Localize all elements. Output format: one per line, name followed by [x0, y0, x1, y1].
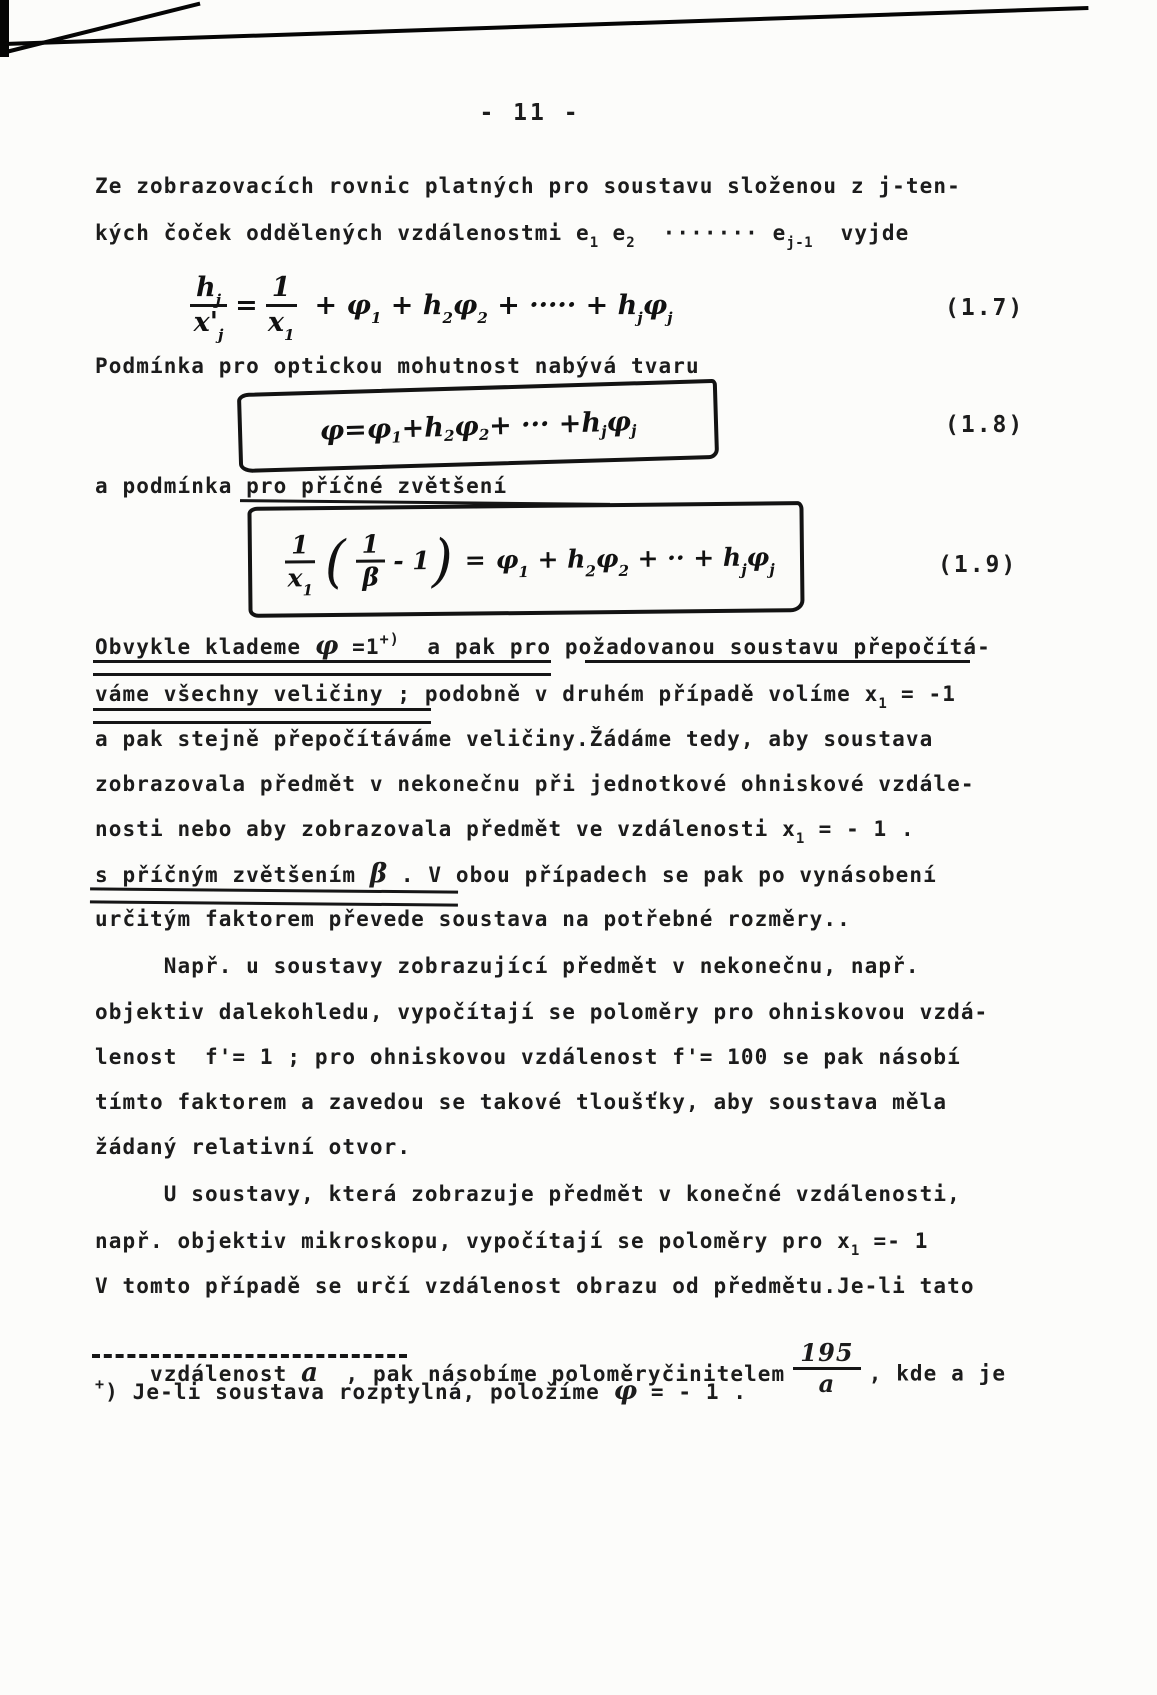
text-line-a1: Ze zobrazovacích rovnic platných pro sou… — [95, 170, 961, 202]
text-segment: 2 — [618, 562, 629, 580]
text-segment: žádaný relativní otvor. — [95, 1135, 411, 1159]
text-line-e4: tímto faktorem a zavedou se takové tlouš… — [95, 1086, 947, 1118]
equation-box-1-8: φ = φ1 + h2φ2 + ··· + hjφj — [237, 379, 719, 473]
text-segment: + ····· + — [488, 290, 618, 321]
text-segment: Např. u soustavy zobrazující předmět v n… — [95, 954, 920, 978]
text-line-e1: Např. u soustavy zobrazující předmět v n… — [95, 950, 920, 982]
text-line-d6: s příčným zvětšením β . V obou případech… — [95, 858, 937, 891]
text-line-d5: nosti nebo aby zobrazovala předmět ve vz… — [95, 813, 915, 848]
fraction-1-beta: 1 β — [356, 530, 386, 591]
text-segment: φ — [319, 414, 344, 446]
text-segment: h — [423, 290, 443, 321]
text-segment: j — [741, 561, 747, 579]
text-segment: a pak stejně přepočítáváme veličiny.Žádá… — [95, 727, 933, 751]
text-segment: 2 — [477, 309, 487, 327]
equation-1-9-terms: φ1 + h2φ2 + ·· + hjφj — [496, 542, 775, 574]
text-segment: nosti nebo aby zobrazovala předmět ve vz… — [95, 817, 796, 841]
text-segment: j — [637, 309, 642, 327]
text-segment: váme všechny veličiny ; podobně v druhém… — [95, 682, 878, 706]
text-segment: φ — [746, 542, 769, 571]
text-segment: Ze zobrazovacích rovnic platných pro sou… — [95, 174, 961, 198]
text-segment: φ — [643, 290, 667, 321]
text-segment: 2 — [444, 427, 455, 445]
text-segment: φ — [496, 545, 519, 574]
text-segment: Obvykle klademe — [95, 635, 315, 659]
equals-sign: = — [465, 545, 486, 574]
text-segment: φ — [366, 413, 391, 445]
text-segment: 1 — [851, 1243, 860, 1259]
text-segment: φ — [453, 290, 477, 321]
text-line-d4: zobrazovala předmět v nekonečnu při jedn… — [95, 768, 975, 800]
text-segment: kých čoček oddělených vzdálenostmi e — [95, 221, 590, 245]
close-paren: ) — [431, 527, 453, 593]
open-paren: ( — [324, 528, 346, 594]
equation-label-1-9: (1.9) — [938, 552, 1017, 578]
equation-1-7: hj x'j = 1 x1 + φ1 + h2φ2 + ····· + hjφj — [182, 258, 673, 353]
text-segment: Podmínka pro optickou mohutnost nabývá t… — [95, 354, 700, 378]
underline-stroke-d2 — [93, 708, 431, 724]
text-segment: e — [599, 221, 627, 245]
text-segment: 2 — [442, 309, 452, 327]
text-segment: , kde a je — [869, 1362, 1006, 1386]
text-line-e5: žádaný relativní otvor. — [95, 1131, 411, 1163]
text-segment: ) Je-li soustava rozptylná, položíme — [105, 1380, 614, 1404]
text-segment: 2 — [585, 562, 596, 580]
text-segment: U soustavy, která zobrazuje předmět v ko… — [95, 1182, 961, 1206]
equation-1-7-terms: + φ1 + h2φ2 + ····· + hjφj — [315, 290, 673, 321]
page-number: - 11 - — [0, 100, 1060, 126]
text-segment: φ — [606, 406, 631, 438]
text-segment: + — [381, 290, 422, 321]
text-segment: = - 1 . — [805, 817, 915, 841]
text-segment: h — [581, 407, 602, 439]
text-segment: j — [769, 560, 775, 578]
fraction-hj-xj: hj x'j — [190, 273, 227, 338]
text-segment: . V obou případech se pak po vynásobení — [387, 863, 937, 887]
text-segment: j — [667, 309, 672, 327]
scan-artifact-edge-line-2 — [6, 2, 201, 54]
text-segment: 1 — [796, 831, 805, 847]
text-segment: φ — [347, 290, 371, 321]
text-segment: = -1 — [887, 682, 956, 706]
text-segment: h — [567, 544, 585, 573]
text-line-f1: U soustavy, která zobrazuje předmět v ko… — [95, 1178, 961, 1210]
text-segment: = — [344, 414, 368, 446]
text-segment: + — [401, 412, 425, 444]
text-segment: + — [529, 545, 568, 574]
text-line-e2: objektiv dalekohledu, vypočítají se polo… — [95, 996, 988, 1028]
text-line-a2: kých čoček oddělených vzdálenostmi e1 e2… — [95, 217, 909, 252]
text-segment: j — [601, 422, 607, 440]
equals-sign: = — [235, 290, 258, 321]
text-segment: 2 — [626, 235, 635, 251]
footnote-line: +) Je-li soustava rozptylná, položíme φ … — [95, 1375, 747, 1410]
fraction-195-a: 195a — [793, 1341, 860, 1396]
text-segment: 1 — [590, 235, 599, 251]
text-segment: vyjde — [813, 221, 909, 245]
text-segment: h — [723, 543, 741, 572]
text-segment: a pak pro požadovanou soustavu přepočítá… — [400, 635, 991, 659]
text-segment: j-1 — [786, 235, 813, 251]
text-segment: φ — [315, 631, 339, 661]
equation-1-8: φ = φ1 + h2φ2 + ··· + hjφj — [319, 406, 636, 446]
underline-stroke-d1a — [93, 660, 551, 676]
text-line-e3: lenost f'= 1 ; pro ohniskovou vzdálenost… — [95, 1041, 961, 1073]
text-segment: h — [424, 412, 445, 444]
text-segment: =- 1 — [860, 1229, 929, 1253]
text-segment: + — [315, 290, 347, 321]
text-line-d3: a pak stejně přepočítáváme veličiny.Žádá… — [95, 723, 933, 755]
text-segment: zobrazovala předmět v nekonečnu při jedn… — [95, 772, 975, 796]
text-segment: 2 — [479, 426, 490, 444]
text-segment: s příčným zvětšením — [95, 863, 370, 887]
text-line-f2: např. objektiv mikroskopu, vypočítají se… — [95, 1225, 929, 1260]
text-segment: 1 — [878, 696, 887, 712]
text-segment: φ — [454, 410, 479, 442]
text-segment: + ··· + — [489, 407, 582, 441]
equation-1-9: 1 x1 ( 1 β - 1 ) = φ1 + h2φ2 + ·· + hjφj — [277, 525, 775, 593]
text-segment: + — [95, 1375, 105, 1393]
text-line-b: Podmínka pro optickou mohutnost nabývá t… — [95, 350, 700, 382]
fraction-1-x1: 1 x1 — [285, 531, 315, 592]
text-segment: určitým faktorem převede soustava na pot… — [95, 907, 851, 931]
minus-one: - 1 — [393, 546, 430, 575]
text-segment: φ — [596, 544, 619, 573]
text-segment: 1 — [371, 309, 381, 327]
text-segment: β — [370, 859, 387, 889]
text-segment: 1 — [518, 563, 529, 581]
equation-label-1-7: (1.7) — [945, 295, 1024, 321]
text-line-d7: určitým faktorem převede soustava na pot… — [95, 903, 851, 935]
text-line-c: a podmínka pro příčné zvětšení — [95, 470, 507, 502]
underline-stroke-d1b — [585, 660, 970, 663]
text-segment: např. objektiv mikroskopu, vypočítají se… — [95, 1229, 851, 1253]
scanned-document-page: - 11 - Ze zobrazovacích rovnic platných … — [0, 0, 1157, 1695]
text-segment: j — [631, 421, 637, 439]
text-segment: h — [618, 290, 638, 321]
text-segment: =1 — [338, 635, 379, 659]
text-segment: tímto faktorem a zavedou se takové tlouš… — [95, 1090, 947, 1114]
text-segment: +) — [380, 630, 400, 648]
text-line-f3: V tomto případě se určí vzdálenost obraz… — [95, 1270, 975, 1302]
text-segment: ······· e — [635, 221, 786, 245]
text-segment: lenost f'= 1 ; pro ohniskovou vzdálenost… — [95, 1045, 961, 1069]
equation-box-1-9: 1 x1 ( 1 β - 1 ) = φ1 + h2φ2 + ·· + hjφj — [247, 501, 804, 618]
text-segment: a podmínka pro příčné zvětšení — [95, 474, 507, 498]
text-segment: 1 — [391, 428, 402, 446]
text-segment: V tomto případě se určí vzdálenost obraz… — [95, 1274, 975, 1298]
text-line-f4-post: , kde a je — [869, 1362, 1006, 1386]
text-segment: φ — [614, 1376, 638, 1406]
text-segment: objektiv dalekohledu, vypočítají se polo… — [95, 1000, 988, 1024]
fraction-1-x1: 1 x1 — [266, 273, 297, 338]
text-segment: + ·· + — [629, 543, 723, 573]
text-segment: = - 1 . — [637, 1380, 747, 1404]
equation-label-1-8: (1.8) — [945, 412, 1024, 438]
footnote-separator — [92, 1354, 407, 1358]
